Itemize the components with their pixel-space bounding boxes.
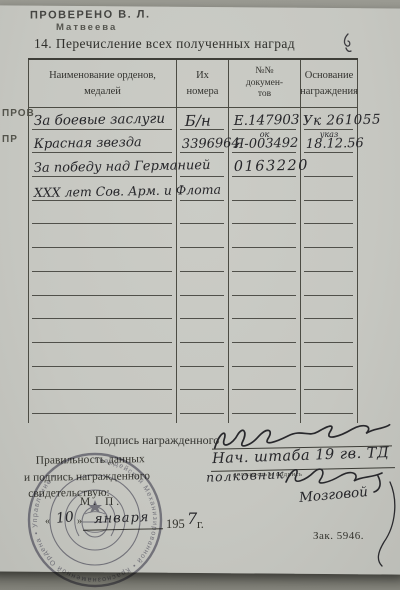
- award-basis-cell: [301, 179, 358, 203]
- cell-rule-line: [32, 342, 172, 343]
- table-row: [28, 250, 358, 274]
- award-basis-cell: [301, 345, 358, 369]
- award-basis-cell: [301, 392, 358, 416]
- cell-rule-line: [32, 129, 172, 130]
- header-number-column: Их номера: [177, 60, 229, 107]
- table-row: [28, 203, 358, 227]
- table-row: [28, 298, 358, 322]
- award-number-cell: [177, 226, 229, 250]
- award-basis-handwriting: 18.12.56: [306, 136, 364, 152]
- year-digit-handwriting: 7: [187, 509, 197, 528]
- award-name-cell: [28, 392, 177, 416]
- cell-rule-line: [232, 295, 296, 296]
- scanned-award-form: ПРОВЕРЕНО В. Л. Матвеева 14. Перечислени…: [0, 0, 400, 590]
- cell-rule-line: [304, 271, 353, 272]
- header-basis-column: Основание награждения: [301, 60, 358, 107]
- award-number-cell: Б/н: [177, 108, 229, 132]
- cell-rule-line: [232, 200, 296, 201]
- cell-rule-line: [232, 342, 296, 343]
- award-basis-cell: [301, 203, 358, 227]
- award-number-cell: [177, 274, 229, 298]
- table-row: [28, 345, 358, 369]
- award-basis-handwriting: Ук 261055: [303, 111, 381, 128]
- award-basis-cell: [301, 155, 358, 179]
- cell-rule-line: [232, 223, 296, 224]
- table-row: За боевые заслуги Б/н Е.147903 ок Ук 261…: [28, 108, 358, 132]
- cell-rule-line: [304, 295, 353, 296]
- year-suffix: г.: [197, 517, 204, 532]
- award-number-cell: [177, 369, 229, 393]
- document-number-handwriting: Я-003492: [234, 136, 299, 152]
- table-row: За победу над Германией 0163220: [28, 155, 358, 179]
- print-order-number: Зак. 5946.: [313, 530, 364, 542]
- award-name-cell: [28, 321, 177, 345]
- award-name-cell: [28, 203, 177, 227]
- cell-rule-line: [232, 318, 296, 319]
- table-row: [28, 392, 358, 416]
- award-basis-cell: [301, 274, 358, 298]
- document-number-cell: [229, 392, 301, 416]
- cell-rule-line: [304, 176, 353, 177]
- document-number-handwriting: Е.147903: [234, 112, 300, 129]
- year-printed: 195: [166, 517, 185, 532]
- cell-rule-line: [32, 176, 172, 177]
- document-number-cell: [229, 203, 301, 227]
- document-number-cell: [229, 179, 301, 203]
- seal-ring-text: Гвардейской Механизированной • Краснозна…: [32, 457, 158, 583]
- cell-rule-line: [304, 247, 353, 248]
- award-basis-cell: [301, 298, 358, 322]
- section-heading: 14. Перечисление всех полученных наград: [34, 36, 295, 52]
- document-number-cell: [229, 226, 301, 250]
- ink-mark: [338, 32, 356, 54]
- cell-rule-line: [32, 223, 172, 224]
- document-number-handwriting: 0163220: [234, 158, 309, 175]
- cell-rule-line: [180, 271, 224, 272]
- table-row: [28, 274, 358, 298]
- pen-flourish-tail: [360, 480, 400, 570]
- cell-rule-line: [180, 295, 224, 296]
- award-basis-cell: [301, 369, 358, 393]
- cell-rule-line: [232, 271, 296, 272]
- cell-rule-line: [180, 389, 224, 390]
- cell-rule-line: [180, 318, 224, 319]
- award-name-cell: [28, 226, 177, 250]
- cell-rule-line: [180, 366, 224, 367]
- cell-rule-line: [304, 152, 353, 153]
- cell-rule-line: [32, 295, 172, 296]
- header-name-column: Наименование орденов, медалей: [28, 60, 177, 107]
- stub-cell: [28, 416, 177, 423]
- award-name-cell: [28, 345, 177, 369]
- table-body: За боевые заслуги Б/н Е.147903 ок Ук 261…: [28, 108, 358, 416]
- award-number-handwriting: Б/н: [185, 111, 211, 129]
- table-row: ХХХ лет Сов. Арм. и Флота: [28, 179, 358, 203]
- cell-rule-line: [304, 366, 353, 367]
- cell-rule-line: [304, 200, 353, 201]
- document-number-cell: [229, 321, 301, 345]
- cell-rule-line: [232, 176, 296, 177]
- awardee-signature-label: Подпись награжденного: [95, 433, 219, 448]
- cell-rule-line: [32, 366, 172, 367]
- document-number-cell: [229, 274, 301, 298]
- award-basis-cell: Ук 261055 указ: [301, 108, 358, 132]
- table-row: [28, 321, 358, 345]
- table-row: [28, 369, 358, 393]
- award-name-handwriting: За боевые заслуги: [34, 110, 165, 128]
- award-basis-cell: [301, 250, 358, 274]
- award-number-cell: [177, 392, 229, 416]
- award-name-cell: Красная звезда: [28, 132, 177, 156]
- cell-rule-line: [32, 247, 172, 248]
- document-number-cell: [229, 250, 301, 274]
- award-name-cell: За победу над Германией: [28, 155, 177, 179]
- award-name-handwriting: ХХХ лет Сов. Арм. и Флота: [34, 181, 221, 199]
- award-number-cell: [177, 345, 229, 369]
- cell-rule-line: [32, 271, 172, 272]
- round-seal-stamp: Гвардейской Механизированной • Краснозна…: [23, 448, 168, 590]
- award-number-cell: [177, 250, 229, 274]
- award-basis-cell: [301, 321, 358, 345]
- cell-rule-line: [232, 152, 296, 153]
- cell-rule-line: [180, 247, 224, 248]
- table-header-row: Наименование орденов, медалей Их номера …: [28, 60, 358, 108]
- document-number-cell: 0163220: [229, 155, 301, 179]
- document-number-cell: [229, 345, 301, 369]
- cell-rule-line: [180, 176, 224, 177]
- cell-rule-line: [180, 413, 224, 414]
- award-name-handwriting: За победу над Германией: [34, 158, 211, 176]
- award-name-cell: [28, 250, 177, 274]
- cell-rule-line: [232, 413, 296, 414]
- award-name-cell: ХХХ лет Сов. Арм. и Флота: [28, 179, 177, 203]
- cell-rule-line: [304, 318, 353, 319]
- award-name-cell: [28, 274, 177, 298]
- award-number-cell: [177, 203, 229, 227]
- verified-stamp-line1: ПРОВЕРЕНО В. Л.: [30, 8, 151, 21]
- award-number-cell: 3396964: [177, 132, 229, 156]
- awards-table: Наименование орденов, медалей Их номера …: [28, 58, 358, 423]
- cell-rule-line: [32, 152, 172, 153]
- cell-rule-line: [180, 223, 224, 224]
- cell-rule-line: [180, 152, 224, 153]
- document-number-cell: [229, 369, 301, 393]
- cell-rule-line: [232, 389, 296, 390]
- cell-rule-line: [180, 200, 224, 201]
- award-name-cell: [28, 298, 177, 322]
- cell-rule-line: [32, 413, 172, 414]
- award-name-cell: [28, 369, 177, 393]
- award-number-handwriting: 3396964: [182, 136, 240, 152]
- cell-rule-line: [232, 366, 296, 367]
- stub-cell: [177, 416, 229, 423]
- award-number-cell: [177, 298, 229, 322]
- cell-rule-line: [304, 389, 353, 390]
- table-row: [28, 226, 358, 250]
- cell-rule-line: [232, 247, 296, 248]
- award-basis-cell: [301, 226, 358, 250]
- cell-rule-line: [32, 389, 172, 390]
- award-number-cell: [177, 321, 229, 345]
- cell-rule-line: [32, 318, 172, 319]
- document-number-cell: [229, 298, 301, 322]
- header-document-column: №№ докумен- тов: [229, 60, 301, 107]
- cell-rule-line: [32, 200, 172, 201]
- cell-rule-line: [304, 342, 353, 343]
- award-name-handwriting: Красная звезда: [34, 135, 142, 152]
- margin-stamp-fragment: ПР: [2, 134, 18, 145]
- award-name-cell: За боевые заслуги: [28, 108, 177, 132]
- cell-rule-line: [180, 342, 224, 343]
- document-number-cell: Е.147903 ок: [229, 108, 301, 132]
- cell-rule-line: [304, 223, 353, 224]
- verified-stamp-line2: Матвеева: [56, 22, 117, 33]
